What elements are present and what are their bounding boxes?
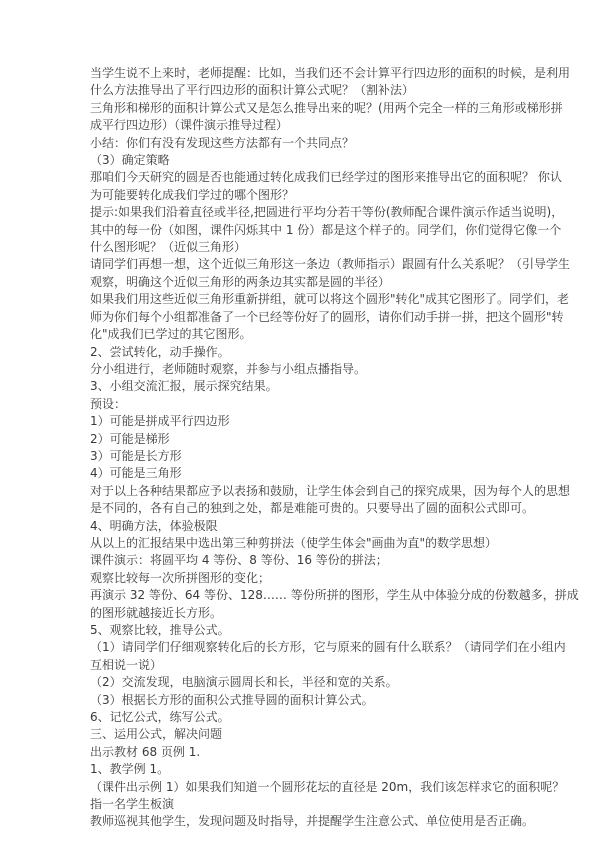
text-line: 提示:如果我们沿着直径或半径,把圆进行平均分若干等份(教师配合课件演示作适当说明… — [90, 204, 510, 221]
text-line: 小结：你们有没有发现这些方法都有一个共同点？ — [90, 135, 510, 152]
text-line: 分小组进行，老师随时观察，并参与小组点播指导。 — [90, 361, 510, 378]
section-heading: 5、观察比较，推导公式。 — [90, 622, 510, 639]
text-line: （3）根据长方形的面积公式推导圆的面积计算公式。 — [90, 692, 510, 709]
list-item: 1）可能是拼成平行四边形 — [90, 413, 510, 430]
text-line: 什么方法推导出了平行四边形的面积计算公式呢？（割补法） — [90, 82, 510, 99]
section-heading: 1、教学例 1。 — [90, 761, 510, 778]
text-line: 互相说一说） — [90, 657, 510, 674]
text-line: 出示教材 68 页例 1. — [90, 744, 510, 761]
list-item: 3）可能是长方形 — [90, 448, 510, 465]
section-heading: 3、小组交流汇报，展示探究结果。 — [90, 378, 510, 395]
section-heading: 三、运用公式，解决问题 — [90, 726, 510, 743]
text-line: 对于以上各种结果都应予以表扬和鼓励，让学生体会到自己的探究成果，因为每个人的思想 — [90, 483, 510, 500]
text-line: （1）请同学们仔细观察转化后的长方形，它与原来的圆有什么联系？（请同学们在小组内 — [90, 639, 510, 656]
text-line: 什么图形呢？（近似三角形） — [90, 239, 510, 256]
text-line: 教师巡视其他学生，发现问题及时指导，并提醒学生注意公式、单位使用是否正确。 — [90, 813, 510, 830]
text-line: 观察，明确这个近似三角形的两条边其实都是圆的半径） — [90, 274, 510, 291]
text-line: （2）交流发现，电脑演示圆周长和长，半径和宽的关系。 — [90, 674, 510, 691]
section-heading: 4、明确方法，体验极限 — [90, 518, 510, 535]
section-heading: 2、尝试转化，动手操作。 — [90, 344, 510, 361]
text-line: 预设： — [90, 396, 510, 413]
list-item: 2）可能是梯形 — [90, 431, 510, 448]
text-line: 师为你们每个小组都准备了一个已经等份好了的圆形，请你们动手拼一拼，把这个圆形"转 — [90, 309, 510, 326]
text-line: 化"成我们已学过的其它图形。 — [90, 326, 510, 343]
document-page: 当学生说不上来时，老师提醒：比如，当我们还不会计算平行四边形的面积的时候，是利用… — [90, 65, 510, 831]
text-line: 那咱们今天研究的圆是否也能通过转化成我们已经学过的图形来推导出它的面积呢？ 你认 — [90, 169, 510, 186]
text-line: 请同学们再想一想，这个近似三角形这一条边（教师指示）跟圆有什么关系呢？（引导学生 — [90, 256, 510, 273]
text-line: 的图形就越接近长方形。 — [90, 605, 510, 622]
section-heading: 6、记忆公式，练写公式。 — [90, 709, 510, 726]
text-line: 当学生说不上来时，老师提醒：比如，当我们还不会计算平行四边形的面积的时候，是利用 — [90, 65, 510, 82]
text-line: 成平行四边形）（课件演示推导过程） — [90, 117, 510, 134]
list-item: 4）可能是三角形 — [90, 465, 510, 482]
text-line: 再演示 32 等份、64 等份、128…… 等份所拼的图形，学生从中体验分成的份… — [90, 587, 510, 604]
text-line: 其中的每一份（如图，课件闪烁其中 1 份）都是这个样子的。同学们，你们觉得它像一… — [90, 222, 510, 239]
section-heading: （3）确定策略 — [90, 152, 510, 169]
text-line: 为可能要转化成我们学过的哪个图形？ — [90, 187, 510, 204]
text-line: 指一名学生板演 — [90, 796, 510, 813]
text-line: 三角形和梯形的面积计算公式又是怎么推导出来的呢？(用两个完全一样的三角形或梯形拼 — [90, 100, 510, 117]
text-line: 观察比较每一次所拼图形的变化； — [90, 570, 510, 587]
text-line: 如果我们用这些近似三角形重新拼组，就可以将这个圆形"转化"成其它图形了。同学们，… — [90, 291, 510, 308]
text-line: 课件演示：将圆平均 4 等份、8 等份、16 等份的拼法； — [90, 552, 510, 569]
text-line: 从以上的汇报结果中选出第三种剪拼法（使学生体会"画曲为直"的数学思想） — [90, 535, 510, 552]
text-line: （课件出示例 1）如果我们知道一个圆形花坛的直径是 20m，我们该怎样求它的面积… — [90, 779, 510, 796]
text-line: 是不同的，各有自己的独到之处，都是难能可贵的。只要导出了圆的面积公式即可。 — [90, 500, 510, 517]
